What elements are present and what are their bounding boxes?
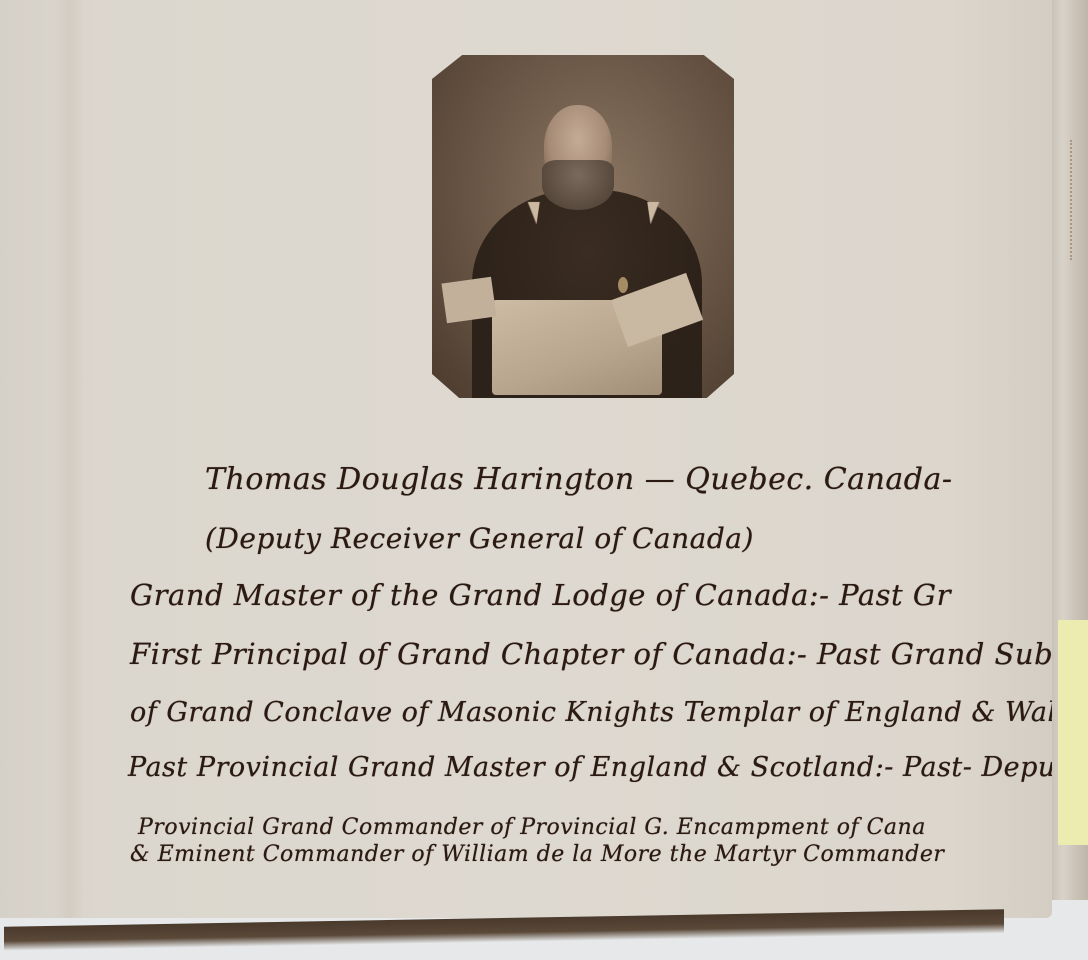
inscription-line-5: of Grand Conclave of Masonic Knights Tem… — [130, 697, 1052, 728]
inscription-line-4: First Principal of Grand Chapter of Cana… — [130, 637, 1052, 671]
inscription-line-3: Grand Master of the Grand Lodge of Canad… — [130, 578, 951, 612]
portrait-beard — [542, 160, 614, 210]
album-page: Thomas Douglas Harington — Quebec. Canad… — [0, 0, 1052, 918]
left-gauntlet — [441, 277, 496, 324]
medal-icon — [618, 277, 628, 293]
inscription-line-6: Past Provincial Grand Master of England … — [128, 752, 1052, 783]
ornament-icon — [1070, 140, 1086, 260]
inscription-line-7: Provincial Grand Commander of Provincial… — [138, 815, 926, 840]
inscription-name-line: Thomas Douglas Harington — Quebec. Canad… — [205, 462, 953, 497]
inscription-line-8: & Eminent Commander of William de la Mor… — [130, 842, 944, 867]
inscription-office-line: (Deputy Receiver General of Canada) — [205, 522, 754, 555]
portrait-photograph — [432, 55, 734, 398]
sticky-note — [1058, 620, 1088, 845]
